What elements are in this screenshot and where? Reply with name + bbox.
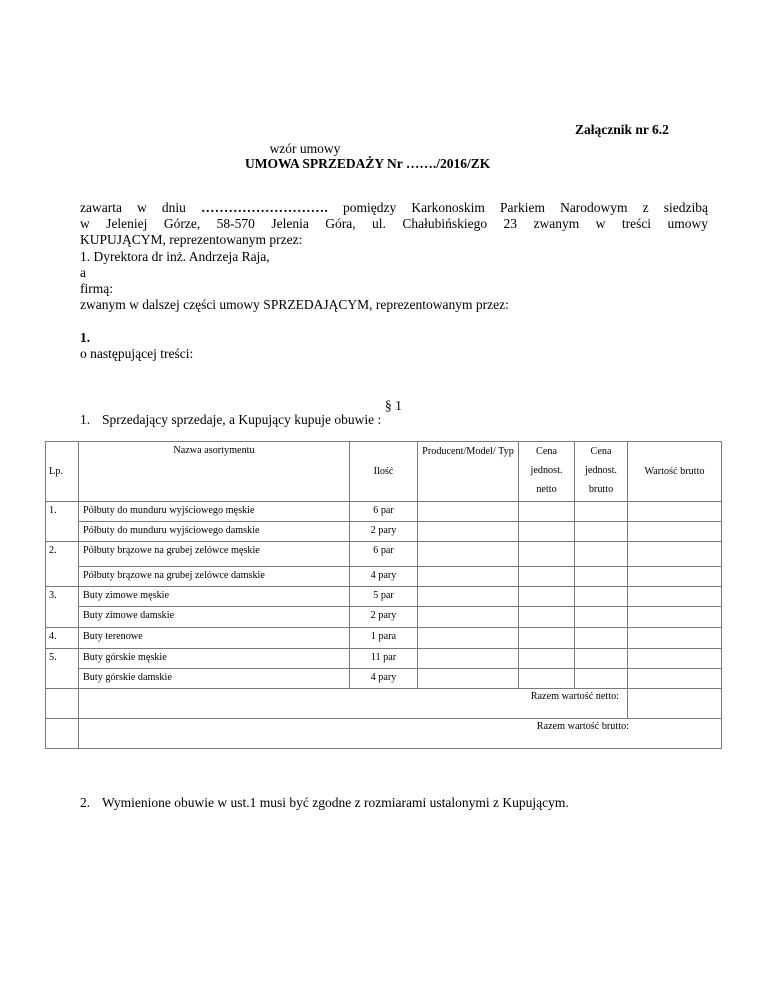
header-unit-gross-line3: brutto — [575, 480, 627, 499]
row-name: Buty zimowe męskie — [79, 587, 350, 607]
row-unit-gross-cell[interactable] — [575, 587, 628, 607]
row-unit-net-cell[interactable] — [519, 587, 575, 607]
intro-prefix: zawarta w dniu — [80, 200, 201, 215]
clause-number: 1. — [80, 412, 102, 428]
header-name: Nazwa asortymentu — [79, 442, 350, 502]
table-row: 1.Półbuty do munduru wyjściowego męskie6… — [46, 502, 722, 522]
row-total-gross-cell[interactable] — [628, 587, 722, 607]
intro-line-5: a — [80, 265, 708, 281]
row-total-gross-cell[interactable] — [628, 522, 722, 542]
subtitle: wzór umowy — [0, 141, 768, 157]
row-name: Buty zimowe damskie — [79, 607, 350, 628]
row-unit-net-cell[interactable] — [519, 567, 575, 587]
header-lp: Lp. — [46, 442, 79, 502]
row-total-gross-cell[interactable] — [628, 502, 722, 522]
row-total-gross-cell[interactable] — [628, 542, 722, 567]
row-unit-gross-cell[interactable] — [575, 628, 628, 649]
row-producer-cell[interactable] — [418, 587, 519, 607]
row-unit-gross-cell[interactable] — [575, 607, 628, 628]
row-qty: 2 pary — [350, 607, 418, 628]
intro-line-6: firmą: — [80, 281, 708, 297]
representative-number: 1. — [80, 330, 90, 346]
row-producer-cell[interactable] — [418, 628, 519, 649]
row-unit-gross-cell[interactable] — [575, 669, 628, 689]
intro-line-7: zwanym w dalszej części umowy SPRZEDAJĄC… — [80, 297, 708, 313]
table-row: 5.Buty górskie męskie11 par — [46, 649, 722, 669]
header-unit-gross-line2: jednost. — [575, 461, 627, 480]
annex-label: Załącznik nr 6.2 — [575, 122, 669, 138]
row-qty: 11 par — [350, 649, 418, 669]
sum-gross-label: Razem wartość brutto: — [79, 719, 722, 749]
row-name: Półbuty do munduru wyjściowego męskie — [79, 502, 350, 522]
row-name: Półbuty brązowe na grubej zelówce męskie — [79, 542, 350, 567]
document-title: UMOWA SPRZEDAŻY Nr ……./2016/ZK — [245, 156, 490, 172]
row-unit-net-cell[interactable] — [519, 542, 575, 567]
row-total-gross-cell[interactable] — [628, 567, 722, 587]
row-qty: 6 par — [350, 542, 418, 567]
header-qty: Ilość — [350, 442, 418, 502]
row-producer-cell[interactable] — [418, 502, 519, 522]
row-unit-gross-cell[interactable] — [575, 567, 628, 587]
row-unit-net-cell[interactable] — [519, 607, 575, 628]
row-name: Buty górskie męskie — [79, 649, 350, 669]
row-total-gross-cell[interactable] — [628, 649, 722, 669]
row-lp: 3. — [46, 587, 79, 628]
sum-net-value-cell[interactable] — [628, 689, 722, 719]
header-unit-gross: Cenajednost.brutto — [575, 442, 628, 502]
row-qty: 2 pary — [350, 522, 418, 542]
table-row: Półbuty brązowe na grubej zelówce damski… — [46, 567, 722, 587]
header-producer: Producent/Model/ Typ — [418, 442, 519, 502]
sum-net-row: Razem wartość netto: — [46, 689, 722, 719]
row-producer-cell[interactable] — [418, 649, 519, 669]
row-lp: 1. — [46, 502, 79, 542]
subtitle-text: wzór umowy — [270, 141, 341, 156]
row-unit-net-cell[interactable] — [519, 522, 575, 542]
table-row: 3.Buty zimowe męskie5 par — [46, 587, 722, 607]
row-name: Półbuty brązowe na grubej zelówce damski… — [79, 567, 350, 587]
intro-line-1: zawarta w dniu ………………………. pomiędzy Karko… — [80, 200, 708, 216]
date-placeholder: ………………………. — [201, 200, 328, 215]
row-producer-cell[interactable] — [418, 607, 519, 628]
row-unit-net-cell[interactable] — [519, 649, 575, 669]
table-row: Buty górskie damskie4 pary — [46, 669, 722, 689]
row-qty: 4 pary — [350, 669, 418, 689]
header-total-gross: Wartość brutto — [628, 442, 722, 502]
row-name: Półbuty do munduru wyjściowego damskie — [79, 522, 350, 542]
clause-2: 2.Wymienione obuwie w ust.1 musi być zgo… — [80, 795, 569, 811]
row-lp: 5. — [46, 649, 79, 689]
row-producer-cell[interactable] — [418, 522, 519, 542]
intro-suffix: pomiędzy Karkonoskim Parkiem Narodowym z… — [328, 200, 708, 215]
table-header-row: Lp. Nazwa asortymentu Ilość Producent/Mo… — [46, 442, 722, 502]
header-unit-net-line2: jednost. — [519, 461, 574, 480]
clause-text: Sprzedający sprzedaje, a Kupujący kupuje… — [102, 412, 381, 427]
row-qty: 4 pary — [350, 567, 418, 587]
intro-line-2: w Jeleniej Górze, 58-570 Jelenia Góra, u… — [80, 216, 708, 232]
row-lp: 4. — [46, 628, 79, 649]
header-unit-net: Cenajednost.netto — [519, 442, 575, 502]
row-unit-gross-cell[interactable] — [575, 649, 628, 669]
table-row: Buty zimowe damskie2 pary — [46, 607, 722, 628]
row-name: Buty terenowe — [79, 628, 350, 649]
header-unit-net-line3: netto — [519, 480, 574, 499]
row-total-gross-cell[interactable] — [628, 669, 722, 689]
header-unit-gross-line1: Cena — [575, 442, 627, 461]
row-unit-net-cell[interactable] — [519, 669, 575, 689]
row-total-gross-cell[interactable] — [628, 628, 722, 649]
row-unit-gross-cell[interactable] — [575, 542, 628, 567]
intro-line-4: 1. Dyrektora dr inż. Andrzeja Raja, — [80, 249, 708, 265]
sum-net-lp-cell — [46, 689, 79, 719]
row-qty: 6 par — [350, 502, 418, 522]
row-producer-cell[interactable] — [418, 542, 519, 567]
section-mark: § 1 — [385, 398, 402, 414]
sum-net-label: Razem wartość netto: — [79, 689, 628, 719]
row-unit-gross-cell[interactable] — [575, 522, 628, 542]
row-name: Buty górskie damskie — [79, 669, 350, 689]
row-producer-cell[interactable] — [418, 669, 519, 689]
table-row: 2.Półbuty brązowe na grubej zelówce męsk… — [46, 542, 722, 567]
intro-line-3: KUPUJĄCYM, reprezentowanym przez: — [80, 232, 708, 248]
row-qty: 1 para — [350, 628, 418, 649]
row-total-gross-cell[interactable] — [628, 607, 722, 628]
table-body: 1.Półbuty do munduru wyjściowego męskie6… — [46, 502, 722, 689]
table-row: 4.Buty terenowe1 para — [46, 628, 722, 649]
row-unit-net-cell[interactable] — [519, 628, 575, 649]
content-intro: o następującej treści: — [80, 346, 193, 362]
row-qty: 5 par — [350, 587, 418, 607]
row-producer-cell[interactable] — [418, 567, 519, 587]
clause-1: 1.Sprzedający sprzedaje, a Kupujący kupu… — [80, 412, 381, 428]
goods-table: Lp. Nazwa asortymentu Ilość Producent/Mo… — [45, 441, 722, 749]
clause-number: 2. — [80, 795, 102, 811]
table-row: Półbuty do munduru wyjściowego damskie2 … — [46, 522, 722, 542]
header-unit-net-line1: Cena — [519, 442, 574, 461]
row-unit-gross-cell[interactable] — [575, 502, 628, 522]
sum-gross-lp-cell — [46, 719, 79, 749]
clause-text: Wymienione obuwie w ust.1 musi być zgodn… — [102, 795, 569, 810]
row-unit-net-cell[interactable] — [519, 502, 575, 522]
row-lp: 2. — [46, 542, 79, 587]
sum-gross-row: Razem wartość brutto: — [46, 719, 722, 749]
contract-parties-paragraph: zawarta w dniu ………………………. pomiędzy Karko… — [80, 200, 708, 313]
